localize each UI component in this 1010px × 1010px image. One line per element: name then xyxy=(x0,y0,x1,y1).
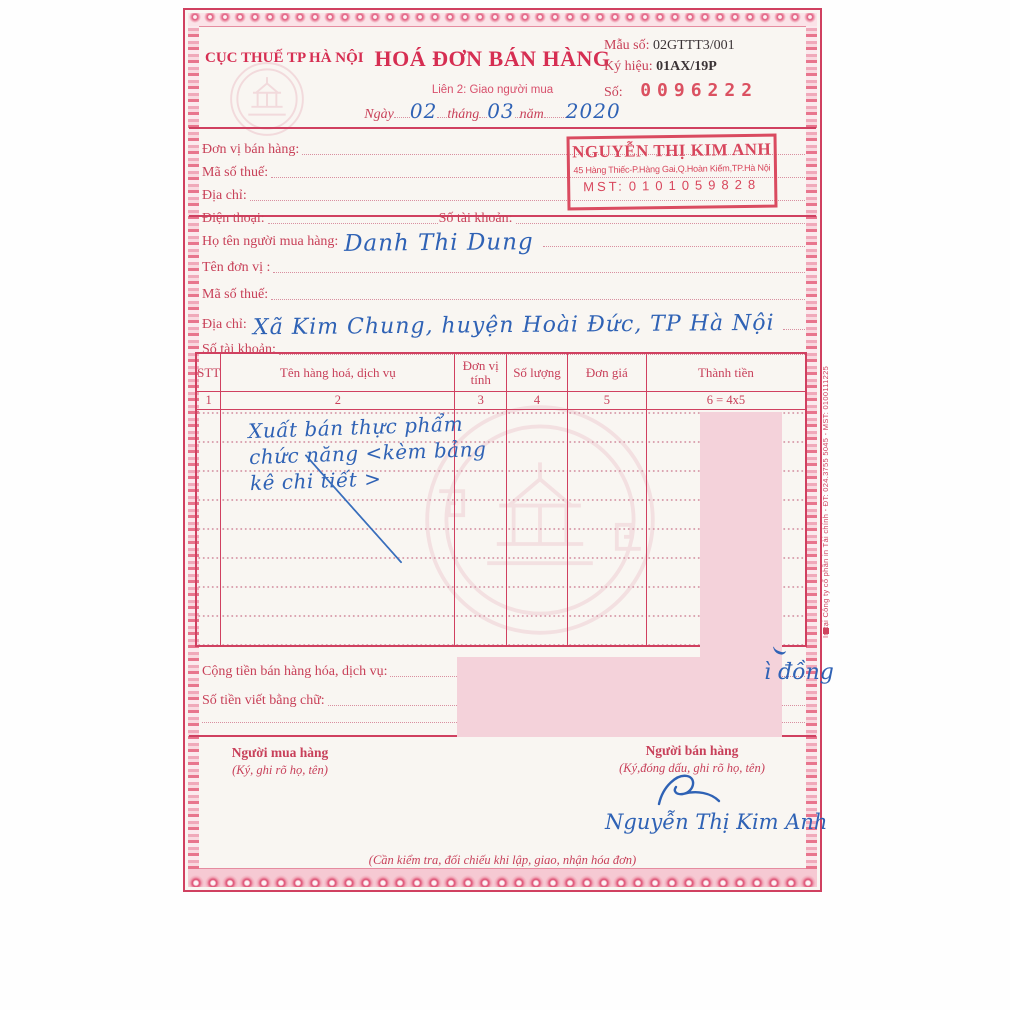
buyer-unit-label: Tên đơn vị : xyxy=(202,260,270,276)
footer-check-note: (Cần kiểm tra, đối chiếu khi lập, giao, … xyxy=(185,853,820,868)
body-cell-quantity xyxy=(507,410,568,645)
col-header-description: Tên hàng hoá, dịch vụ xyxy=(221,354,455,391)
date-day-value: 02 xyxy=(410,99,437,123)
seller-address-label: Địa chỉ: xyxy=(202,188,247,204)
seller-stamp: NGUYỄN THỊ KIM ANH 45 Hàng Thiếc-P.Hàng … xyxy=(566,134,777,211)
table-index-row: 1 2 3 4 5 6 = 4x5 xyxy=(197,392,805,410)
form-number-value: 02GTTT3/001 xyxy=(653,38,735,53)
lace-border-bottom xyxy=(188,868,817,887)
col-header-unit: Đơn vị tính xyxy=(455,354,507,391)
seller-unit-label: Đơn vị bán hàng: xyxy=(202,142,299,158)
amount-in-words-label: Số tiền viết bằng chữ: xyxy=(202,693,325,709)
index-cell-2: 2 xyxy=(221,392,455,409)
redaction-total-amount xyxy=(457,657,764,737)
date-month-label: tháng xyxy=(447,107,479,122)
col-header-stt: STT xyxy=(197,354,221,391)
body-cell-unit-price xyxy=(568,410,647,645)
seller-signature-name: Nguyễn Thị Kim Anh xyxy=(605,810,825,834)
series-value: 01AX/19P xyxy=(656,59,717,74)
lace-border-right xyxy=(806,26,817,869)
form-number-label: Mẫu số: xyxy=(604,38,650,53)
printer-credit-line: In tại Công ty cổ phần in Tài chính - ĐT… xyxy=(821,388,830,638)
header-center: HOÁ ĐƠN BÁN HÀNG Liên 2: Giao người mua … xyxy=(335,46,650,123)
total-amount-label: Cộng tiền bán hàng hóa, dịch vụ: xyxy=(202,664,387,680)
index-cell-6: 6 = 4x5 xyxy=(647,392,805,409)
seller-taxcode-label: Mã số thuế: xyxy=(202,165,268,181)
lace-border-top xyxy=(188,13,817,27)
date-month-value: 03 xyxy=(487,99,514,123)
stamp-address: 45 Hàng Thiếc-P.Hàng Gai,Q.Hoàn Kiếm,TP.… xyxy=(570,163,774,176)
printer-logo-icon xyxy=(823,628,829,634)
scanned-invoice-page: CỤC THUẾ TP HÀ NỘI HOÁ ĐƠN BÁN HÀNG Liên… xyxy=(0,0,1010,1010)
form-number-row: Mẫu số: 02GTTT3/001 xyxy=(604,38,794,54)
body-cell-stt xyxy=(197,410,221,645)
buyer-address-row: Địa chỉ: Xã Kim Chung, huyện Hoài Đức, T… xyxy=(202,305,806,333)
seller-signature-scribble xyxy=(653,770,725,810)
col-header-quantity: Số lượng xyxy=(507,354,568,391)
copy-note: Liên 2: Giao người mua xyxy=(335,84,650,96)
date-day-label: Ngày xyxy=(364,107,394,122)
index-cell-4: 4 xyxy=(507,392,568,409)
col-header-amount: Thành tiền xyxy=(647,354,805,391)
buyer-address-label: Địa chỉ: xyxy=(202,317,247,333)
buyer-unit-row: Tên đơn vị : xyxy=(202,256,806,276)
invoice-number-value: 0096222 xyxy=(640,80,758,101)
amount-words-partial-handwriting: ì đồng xyxy=(764,660,834,685)
date-year-label: năm xyxy=(520,107,544,122)
header-divider-line xyxy=(189,127,816,129)
buyer-name-handwriting: Danh Thi Dung xyxy=(344,235,534,251)
seller-signature-title: Người bán hàng xyxy=(577,743,807,759)
invoice-title: HOÁ ĐƠN BÁN HÀNG xyxy=(335,46,650,72)
buyer-signature-block: Người mua hàng (Ký, ghi rõ họ, tên) xyxy=(195,745,365,778)
series-row: Ký hiệu: 01AX/19P xyxy=(604,59,794,75)
buyer-address-handwriting: Xã Kim Chung, huyện Hoài Đức, TP Hà Nội xyxy=(253,317,775,336)
invoice-number-row: Số: 0096222 xyxy=(604,80,794,101)
index-cell-3: 3 xyxy=(455,392,507,409)
date-line: Ngày02tháng03năm2020 xyxy=(335,105,650,123)
buyer-taxcode-label: Mã số thuế: xyxy=(202,287,268,303)
stamp-name: NGUYỄN THỊ KIM ANH xyxy=(570,140,774,163)
index-cell-1: 1 xyxy=(197,392,221,409)
buyer-name-row: Họ tên người mua hàng: Danh Thi Dung xyxy=(202,222,806,250)
stamp-taxcode: MST:0101059828 xyxy=(570,177,774,195)
item-description-handwriting: Xuất bán thực phẩm chức năng <kèm bảng k… xyxy=(248,410,488,496)
header-right-block: Mẫu số: 02GTTT3/001 Ký hiệu: 01AX/19P Số… xyxy=(604,38,794,106)
body-cell-description: Xuất bán thực phẩm chức năng <kèm bảng k… xyxy=(221,410,455,645)
buyer-signature-note: (Ký, ghi rõ họ, tên) xyxy=(195,763,365,778)
buyer-signature-title: Người mua hàng xyxy=(195,745,365,761)
table-header-row: STT Tên hàng hoá, dịch vụ Đơn vị tính Số… xyxy=(197,354,805,392)
invoice-sheet: CỤC THUẾ TP HÀ NỘI HOÁ ĐƠN BÁN HÀNG Liên… xyxy=(183,8,822,892)
index-cell-5: 5 xyxy=(568,392,647,409)
buyer-name-label: Họ tên người mua hàng: xyxy=(202,234,338,250)
col-header-unit-price: Đơn giá xyxy=(568,354,647,391)
series-label: Ký hiệu: xyxy=(604,59,653,74)
invoice-number-label: Số: xyxy=(604,85,623,100)
buyer-taxcode-row: Mã số thuế: xyxy=(202,283,806,303)
